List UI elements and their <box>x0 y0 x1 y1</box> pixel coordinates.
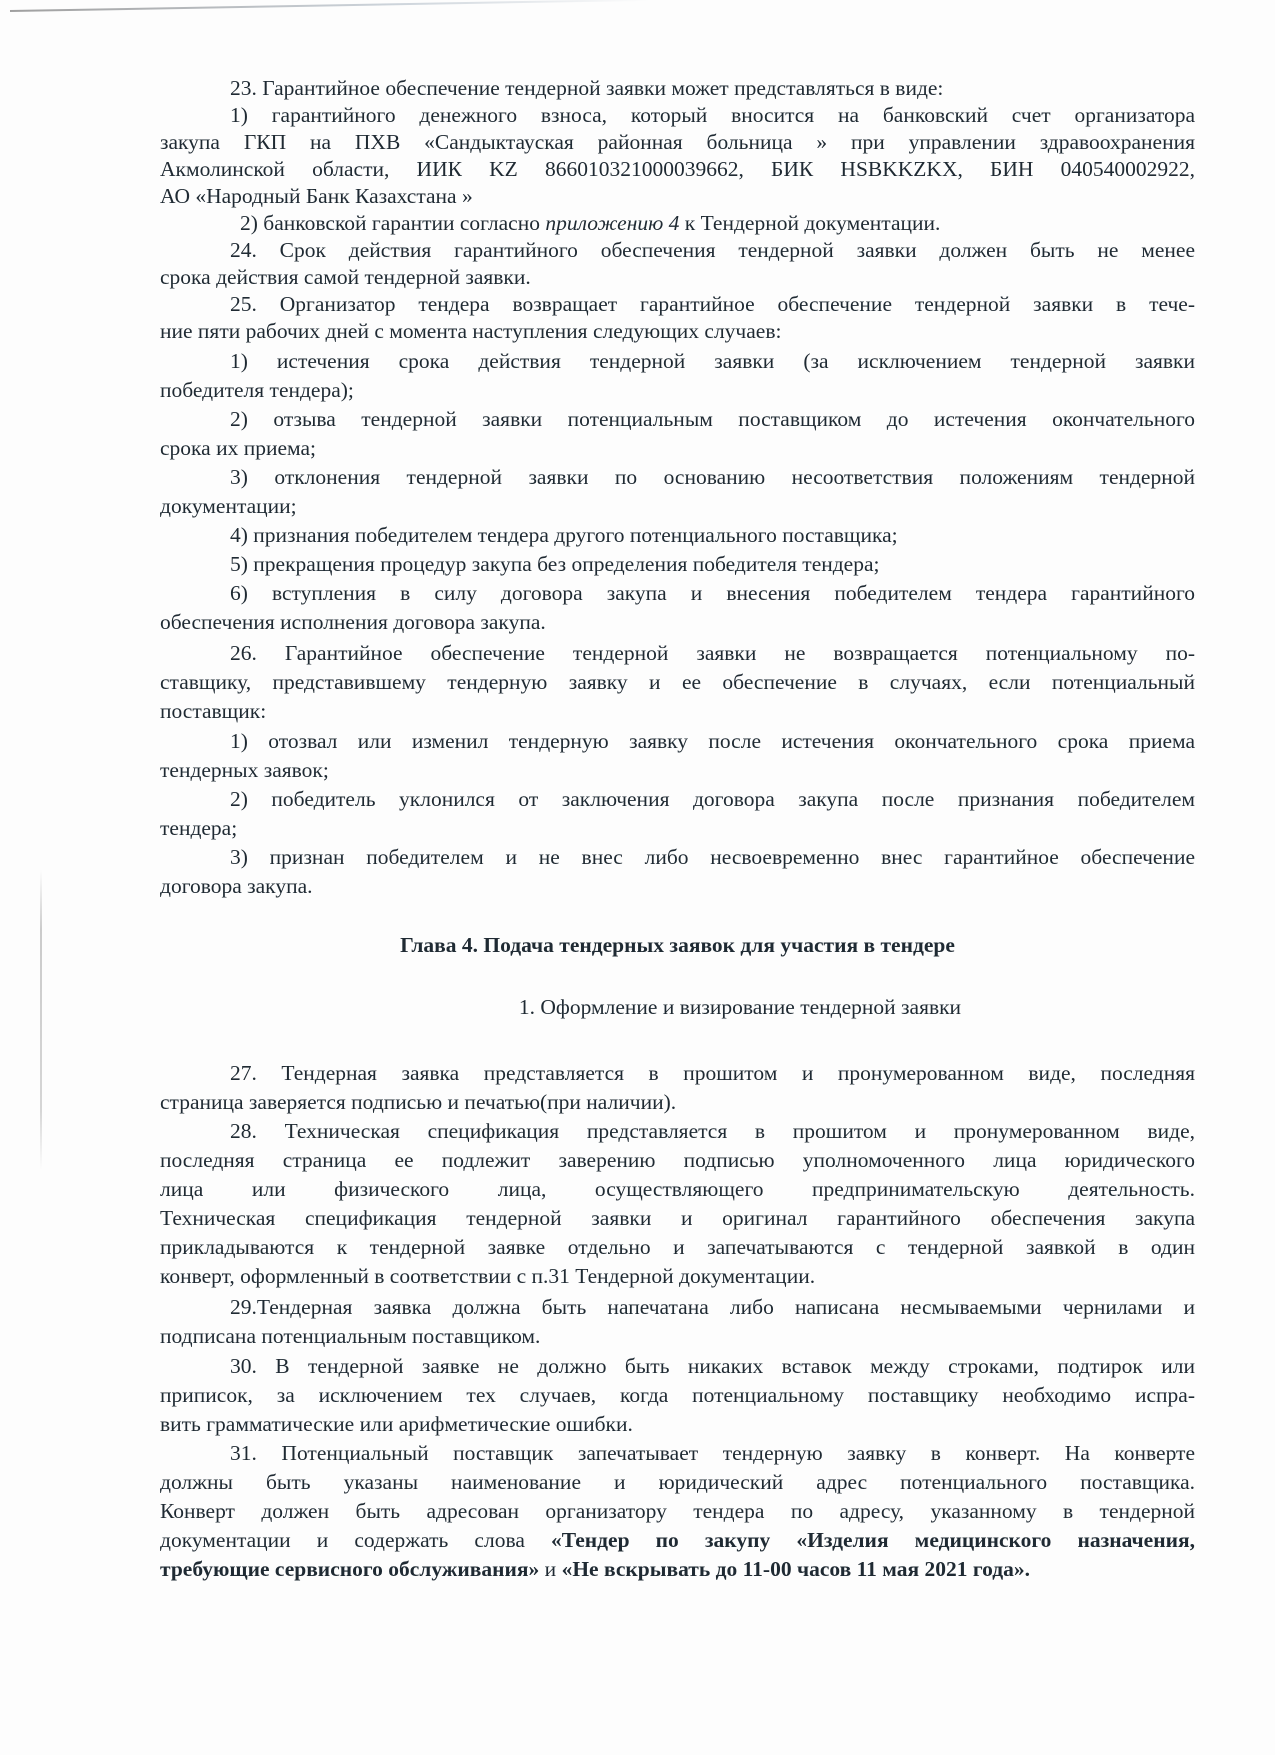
text-line: 30. В тендерной заявке не должно быть ни… <box>230 1353 1195 1380</box>
text-line: страница заверяется подписью и печатью(п… <box>160 1089 1195 1116</box>
text-line: 25. Организатор тендера возвращает гаран… <box>230 291 1195 318</box>
text-line: требующие сервисного обслуживания» и «Не… <box>160 1556 1195 1583</box>
text-line: 26. Гарантийное обеспечение тендерной за… <box>230 640 1195 667</box>
text-line: документации и содержать слова «Тендер п… <box>160 1527 1195 1554</box>
chapter-title: Глава 4. Подача тендерных заявок для уча… <box>160 932 1195 959</box>
text-line: срока действия самой тендерной заявки. <box>160 264 1195 291</box>
text-line: последняя страница ее подлежит заверению… <box>160 1147 1195 1174</box>
text-line: АО «Народный Банк Казахстана » <box>160 183 1195 210</box>
subsection-title: 1. Оформление и визирование тендерной за… <box>350 994 1130 1021</box>
text-line: закупа ГКП на ПХВ «Сандыктауская районна… <box>160 129 1195 156</box>
text-line: 24. Срок действия гарантийного обеспечен… <box>230 237 1195 264</box>
text-span: документации и содержать слова <box>160 1528 551 1552</box>
text-line: обеспечения исполнения договора закупа. <box>160 609 1195 636</box>
text-line: Конверт должен быть адресован организато… <box>160 1498 1195 1525</box>
text-line: 23. Гарантийное обеспечение тендерной за… <box>230 75 1195 102</box>
text-line: ние пяти рабочих дней с момента наступле… <box>160 318 1195 345</box>
text-line: 31. Потенциальный поставщик запечатывает… <box>230 1440 1195 1467</box>
text-span: 2) банковской гарантии согласно <box>240 211 545 235</box>
text-line: вить грамматические или арифметические о… <box>160 1411 1195 1438</box>
text-line: 28. Техническая спецификация представляе… <box>230 1118 1195 1145</box>
text-line: 3) отклонения тендерной заявки по основа… <box>230 464 1195 491</box>
text-line: 1) истечения срока действия тендерной за… <box>230 348 1195 375</box>
text-line: 2) отзыва тендерной заявки потенциальным… <box>230 406 1195 433</box>
text-line: приписок, за исключением тех случаев, ко… <box>160 1382 1195 1409</box>
text-line: конверт, оформленный в соответствии с п.… <box>160 1263 1195 1290</box>
text-line: лица или физического лица, осуществляюще… <box>160 1176 1195 1203</box>
text-line: документации; <box>160 493 1195 520</box>
text-line: 29.Тендерная заявка должна быть напечата… <box>230 1294 1195 1321</box>
do-not-open-notice: «Не вскрывать до 11-00 часов 11 мая 2021… <box>562 1557 1030 1581</box>
text-line: тендерных заявок; <box>160 757 1195 784</box>
text-line: 1) гарантийного денежного взноса, которы… <box>230 102 1195 129</box>
appendix-reference: приложению 4 <box>545 211 679 235</box>
tender-subject-bold: требующие сервисного обслуживания» <box>160 1557 539 1581</box>
text-line: 2) победитель уклонился от заключения до… <box>230 786 1195 813</box>
text-line: прикладываются к тендерной заявке отдель… <box>160 1234 1195 1261</box>
text-line: победителя тендера); <box>160 377 1195 404</box>
text-line: срока их приема; <box>160 435 1195 462</box>
text-line: тендера; <box>160 815 1195 842</box>
text-span: к Тендерной документации. <box>679 211 940 235</box>
tender-subject-bold: «Тендер по закупу «Изделия медицинского … <box>551 1528 1195 1552</box>
text-line: Техническая спецификация тендерной заявк… <box>160 1205 1195 1232</box>
text-span: и <box>539 1557 561 1581</box>
text-line: 2) банковской гарантии согласно приложен… <box>240 210 1195 237</box>
text-line: договора закупа. <box>160 873 1195 900</box>
scan-edge-artifact <box>10 0 650 12</box>
text-line: должны быть указаны наименование и юриди… <box>160 1469 1195 1496</box>
text-line: 3) признан победителем и не внес либо не… <box>230 844 1195 871</box>
text-line: 4) признания победителем тендера другого… <box>230 522 1195 549</box>
text-line: 5) прекращения процедур закупа без опред… <box>230 551 1195 578</box>
text-line: подписана потенциальным поставщиком. <box>160 1323 1195 1350</box>
text-line: 27. Тендерная заявка представляется в пр… <box>230 1060 1195 1087</box>
text-line: 6) вступления в силу договора закупа и в… <box>230 580 1195 607</box>
text-line: ставщику, представившему тендерную заявк… <box>160 669 1195 696</box>
text-line: Акмолинской области, ИИК KZ 866010321000… <box>160 156 1195 183</box>
scan-margin-artifact <box>40 870 42 1170</box>
text-line: 1) отозвал или изменил тендерную заявку … <box>230 728 1195 755</box>
text-line: поставщик: <box>160 698 1195 725</box>
